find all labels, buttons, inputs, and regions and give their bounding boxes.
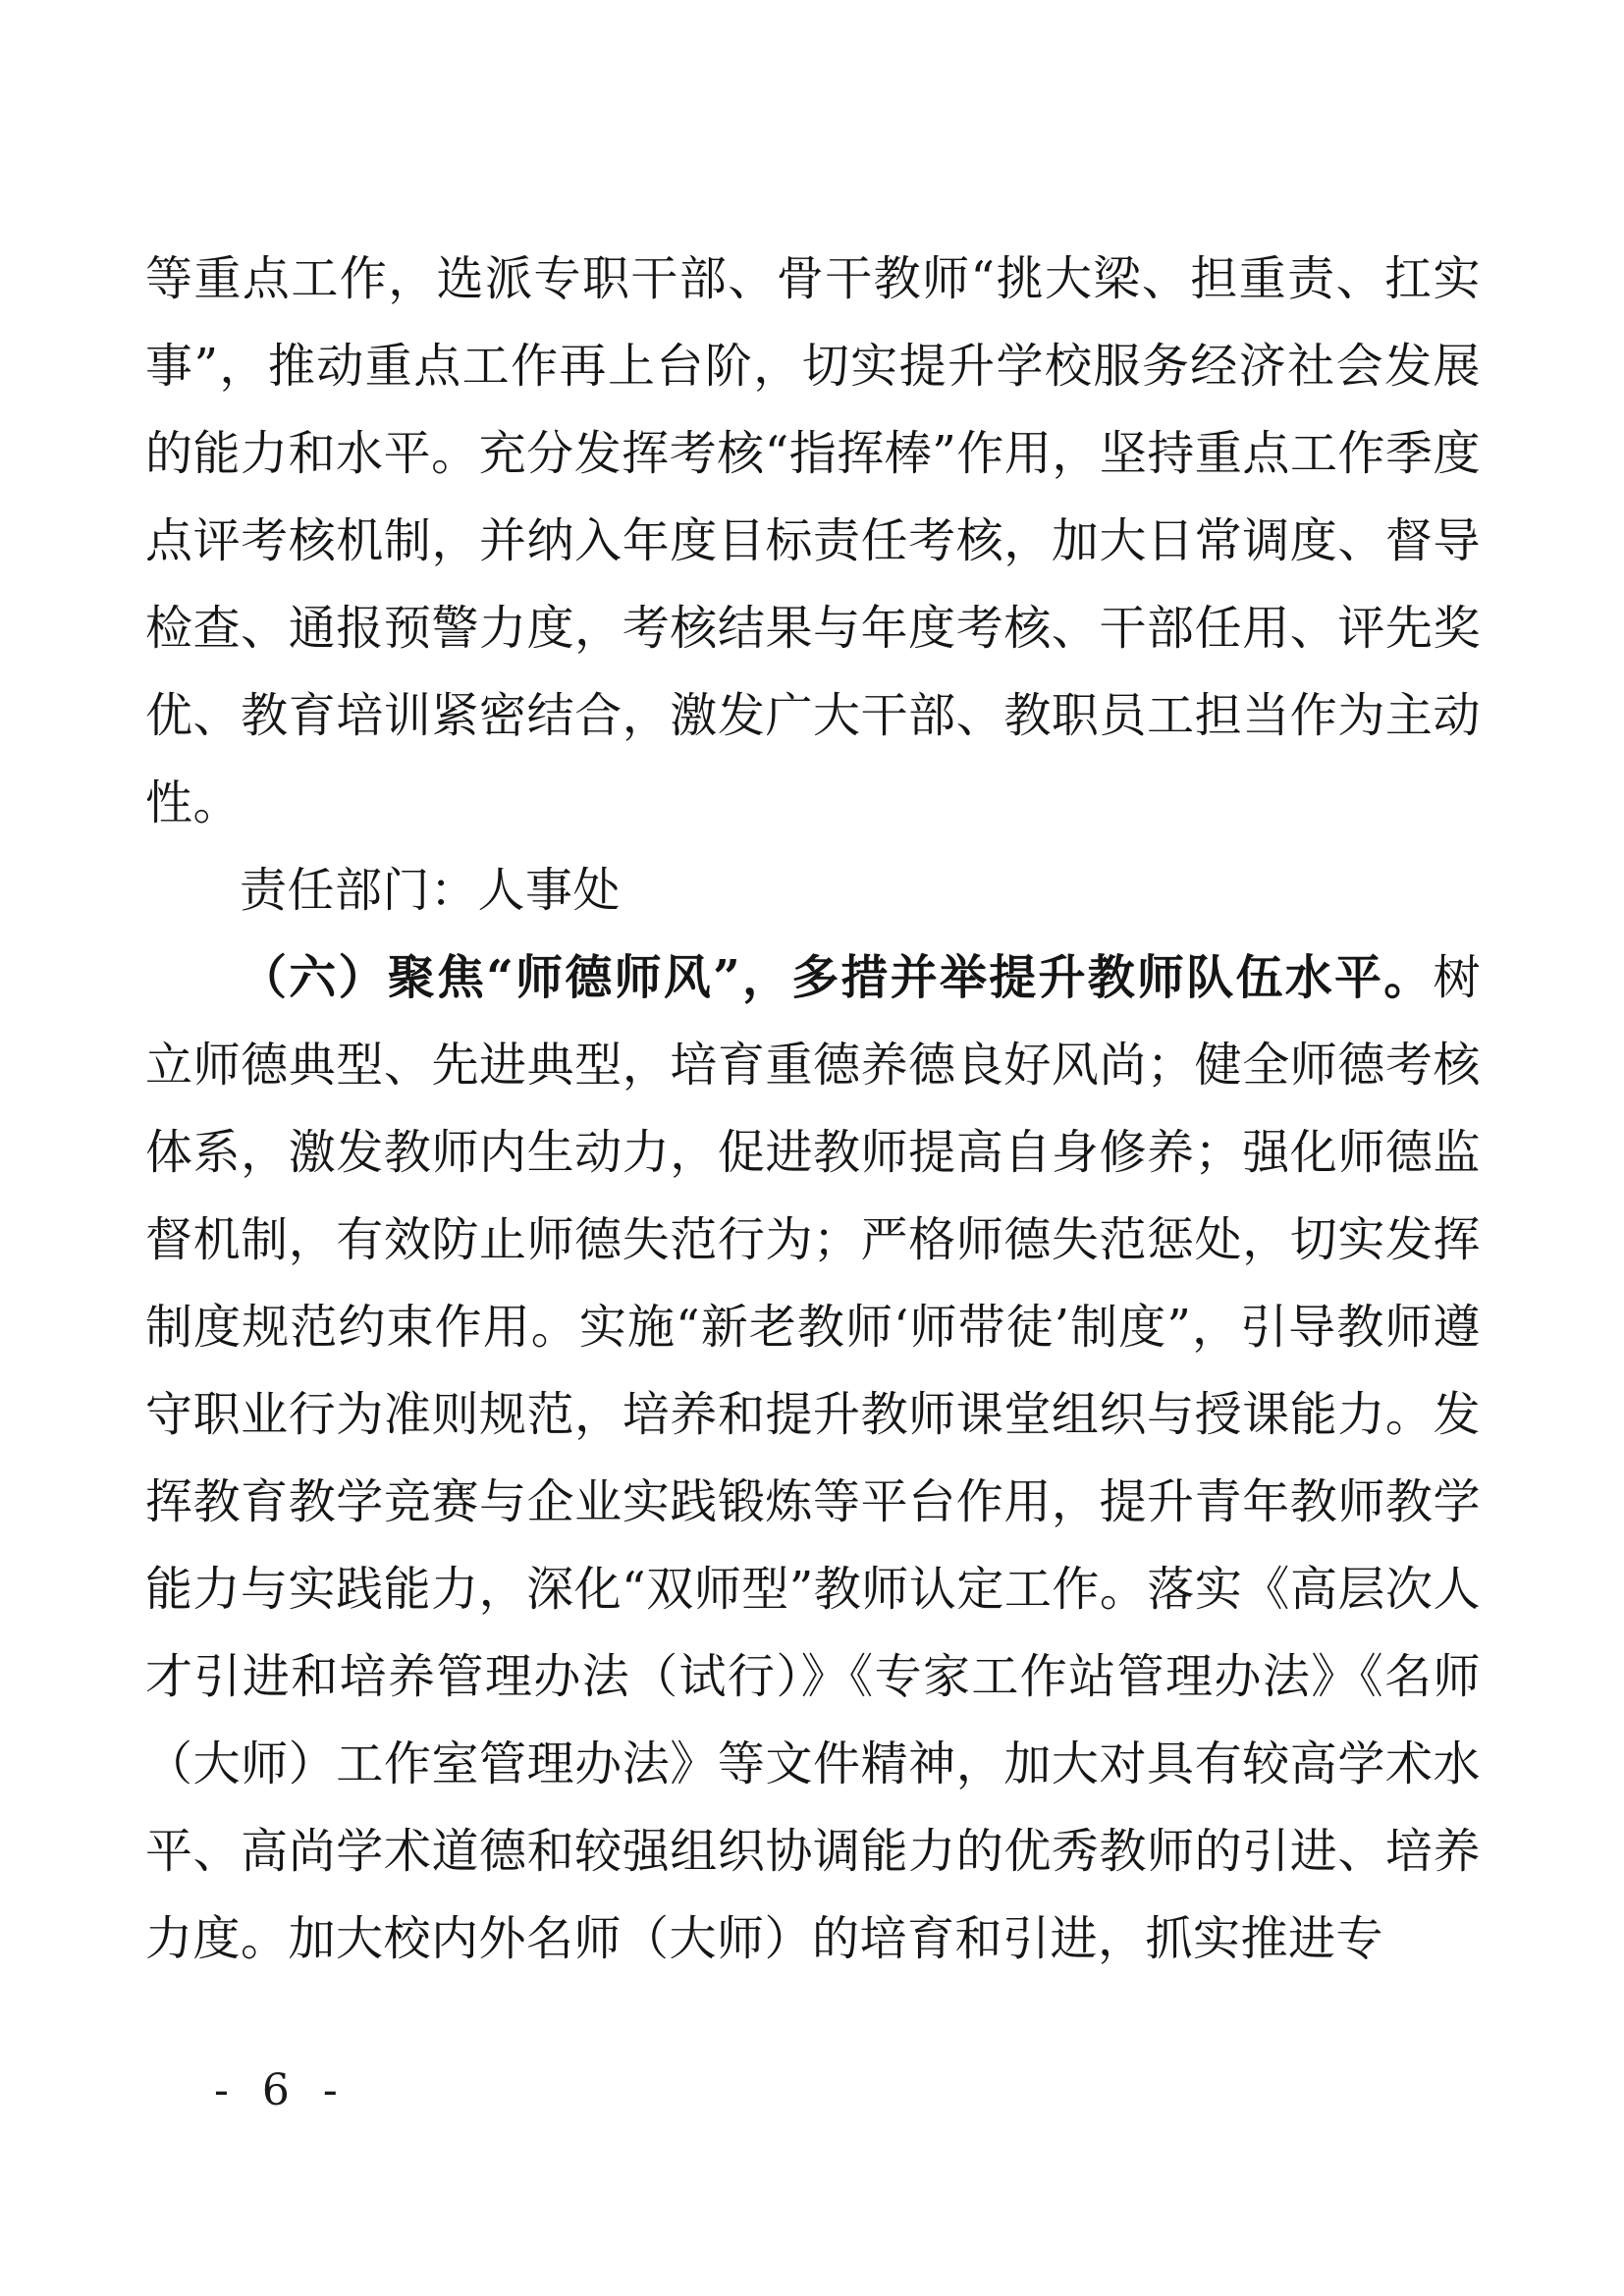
page-number: - 6 -: [214, 2065, 348, 2116]
section-6-paragraph: （六）聚焦“师德师风”，多措并举提升教师队伍水平。树立师德典型、先进典型，培育重…: [145, 934, 1481, 1983]
responsible-department-line: 责任部门：人事处: [145, 847, 1481, 934]
document-body: 等重点工作，选派专职干部、骨干教师“挑大梁、担重责、扛实事”，推动重点工作再上台…: [145, 236, 1481, 1983]
document-page: 等重点工作，选派专职干部、骨干教师“挑大梁、担重责、扛实事”，推动重点工作再上台…: [0, 0, 1624, 2296]
body-paragraph-continued: 等重点工作，选派专职干部、骨干教师“挑大梁、担重责、扛实事”，推动重点工作再上台…: [145, 236, 1481, 847]
section-6-heading: （六）聚焦“师德师风”，多措并举提升教师队伍水平。: [240, 950, 1433, 1005]
section-6-body-text: 树立师德典型、先进典型，培育重德养德良好风尚；健全师德考核体系，激发教师内生动力…: [145, 950, 1481, 1966]
